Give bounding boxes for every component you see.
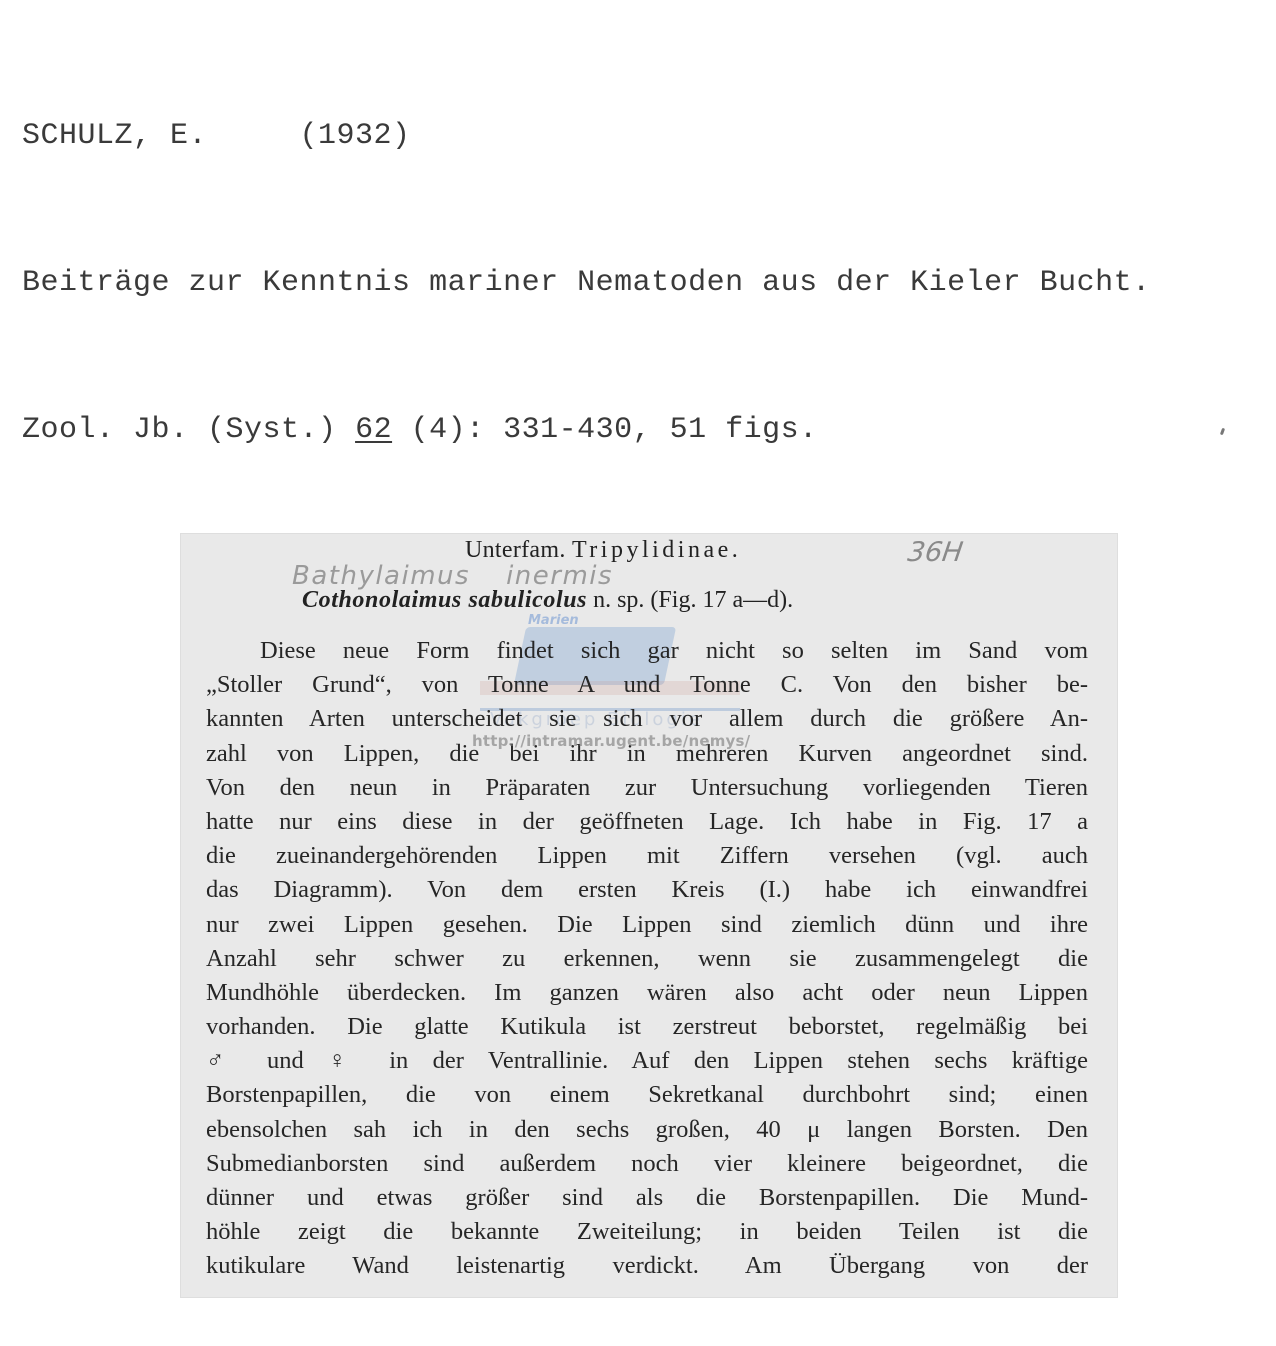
- subfamily-heading: Unterfam. Tripylidinae.: [465, 537, 741, 564]
- text-line: Submedianborsten sind außerdem noch vier…: [206, 1147, 1088, 1181]
- text-line: Diese neue Form findet sich gar nicht so…: [206, 634, 1088, 668]
- text-line: hatte nur eins diese in der geöffneten L…: [206, 805, 1088, 839]
- text-line: höhle zeigt die bekannte Zweiteilung; in…: [206, 1215, 1088, 1249]
- publication-title: Beiträge zur Kenntnis mariner Nematoden …: [22, 259, 1151, 308]
- text-line: dünner und etwas größer sind als die Bor…: [206, 1181, 1088, 1215]
- text-line: nur zwei Lippen gesehen. Die Lippen sind…: [206, 908, 1088, 942]
- citation-line: Zool. Jb. (Syst.) 62 (4): 331-430, 51 fi…: [22, 406, 1151, 455]
- handwritten-number: 36H: [906, 537, 965, 568]
- text-line: Von den neun in Präparaten zur Untersuch…: [206, 771, 1088, 805]
- scan-speck: [1220, 428, 1225, 436]
- species-name: Cothonolaimus sabulicolus: [302, 587, 587, 613]
- author-year-line: SCHULZ, E. (1932): [22, 112, 1151, 161]
- text-line: die zueinandergehörenden Lippen mit Ziff…: [206, 839, 1088, 873]
- reference-card-header: SCHULZ, E. (1932) Beiträge zur Kenntnis …: [22, 14, 1151, 504]
- watermark-url: http://intramar.ugent.be/nemys/: [472, 732, 750, 750]
- text-line: Anzahl sehr schwer zu erkennen, wenn sie…: [206, 942, 1088, 976]
- text-line: vorhanden. Die glatte Kutikula ist zerst…: [206, 1010, 1088, 1044]
- text-line: das Diagramm). Von dem ersten Kreis (I.)…: [206, 873, 1088, 907]
- printed-clipping: Marien Vakgroep Biologie Unterfam. Tripy…: [180, 533, 1118, 1298]
- author: SCHULZ, E.: [22, 119, 207, 153]
- text-line: Borstenpapillen, die von einem Sekretkan…: [206, 1078, 1088, 1112]
- text-line: Mundhöhle überdecken. Im ganzen wären al…: [206, 976, 1088, 1010]
- year: (1932): [300, 119, 411, 153]
- text-line: „Stoller Grund“, von Tonne A und Tonne C…: [206, 668, 1088, 702]
- volume-number: 62: [355, 413, 392, 447]
- species-title: Cothonolaimus sabulicolus n. sp. (Fig. 1…: [302, 587, 793, 614]
- text-line: ♂ und ♀ in der Ventrallinie. Auf den Lip…: [206, 1044, 1088, 1078]
- text-line: ebensolchen sah ich in den sechs großen,…: [206, 1113, 1088, 1147]
- watermark-logo-text: Marien: [528, 613, 579, 628]
- text-line: kutikulare Wand leistenartig verdickt. A…: [206, 1249, 1088, 1283]
